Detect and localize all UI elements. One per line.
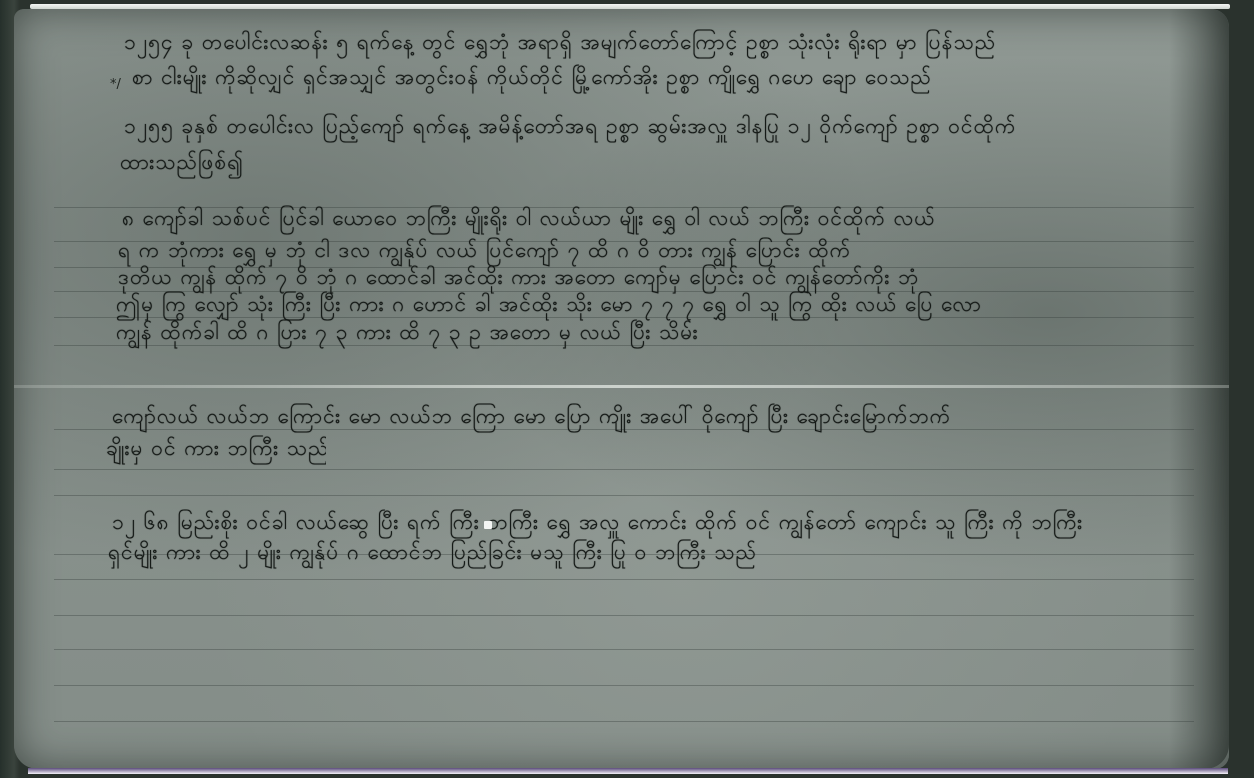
bottom-edge-highlight	[28, 768, 1228, 774]
manuscript-page: */ ၁၂၅၄ ခု တပေါင်းလဆန်း ၅ ရက်နေ့ တွင် ရွ…	[14, 9, 1229, 769]
ruling-line	[54, 469, 1194, 470]
text-line: ဤမှ ကြွ လျှော် သုံး ကြီး ပြီး ကား ဂ ဟောင…	[116, 291, 1176, 322]
text-line: ၁၂၅၅ ခုနှစ် တပေါင်းလ ပြည့်ကျော် ရက်နေ့ အ…	[124, 113, 1184, 144]
ruling-line	[54, 495, 1194, 496]
text-line: ၁၂၅၄ ခု တပေါင်းလဆန်း ၅ ရက်နေ့ တွင် ရွှေဘ…	[124, 29, 1184, 60]
text-line: ၈ ကျော်ခါ သစ်ပင် ပြင်ခါ ယောဝေ ဘကြီး မျို…	[122, 205, 1182, 236]
text-line: ကျော်လယ် လယ်ဘ ကြောင်း မော လယ်ဘ ကြော မော …	[112, 403, 1192, 434]
ruling-line	[54, 685, 1194, 686]
margin-mark: */	[110, 77, 121, 92]
text-line: ချိုးမှ ဝင် ကား ဘကြီး သည်	[106, 435, 326, 466]
white-speck	[484, 521, 492, 529]
ruling-line	[54, 721, 1194, 722]
text-line: စာ ငါးမျိုး ကိုဆိုလျှင် ရှင်အသျှင် အတွင်…	[132, 64, 1052, 95]
ruling-line	[54, 615, 1194, 616]
text-line: ရှင်မျိုး ကား ထိ ၂ မျိုး ကျွန်ုပ် ဂ ထောင…	[108, 539, 908, 570]
text-line: ထားသည်ဖြစ်၍	[120, 149, 280, 180]
fold-crease	[14, 385, 1229, 388]
text-line: ကျွန် ထိုက်ခါ ထိ ဂ ပြား ၇ ၃ ကား ထိ ၇ ၃ ဥ…	[116, 319, 1116, 350]
text-line: ၁၂ ၆၈ မြည်းစိုး ဝင်ခါ လယ်ဆွေ ပြီး ရက် ကြ…	[112, 509, 1202, 540]
ruling-line	[54, 649, 1194, 650]
ruling-line	[54, 579, 1194, 580]
